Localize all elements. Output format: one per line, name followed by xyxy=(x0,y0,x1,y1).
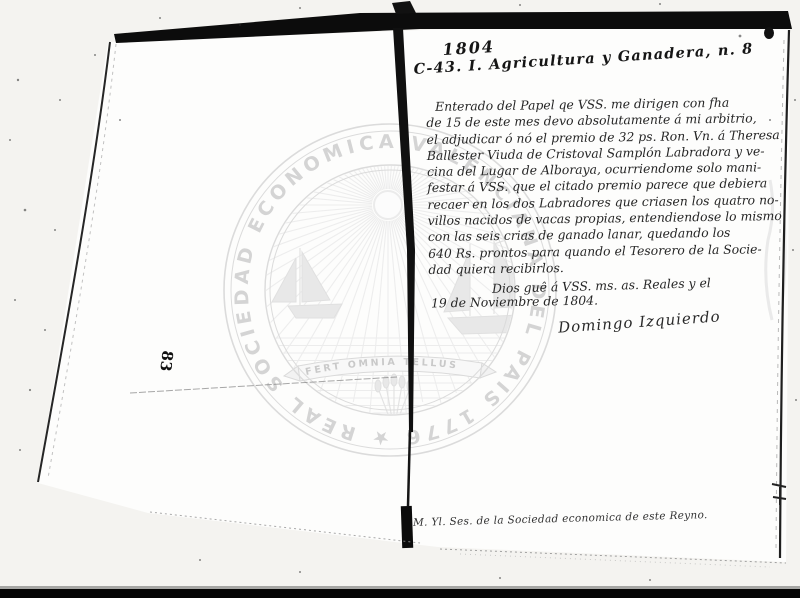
bottom-scan-strip-shadow xyxy=(0,586,800,589)
scan-canvas: FERT OMNIA TELLUS ★ REAL SOCIEDAD ECONOM… xyxy=(0,0,800,598)
sun-icon xyxy=(374,191,402,219)
letter-closing-date: 19 de Noviembre de 1804. xyxy=(431,293,598,311)
page-number-mark: 83 xyxy=(156,350,176,373)
bottom-scan-strip xyxy=(0,589,800,598)
scanned-document: { "header": { "year": "1804", "classific… xyxy=(0,0,800,598)
letter-body: Enterado del Papel qe VSS. me dirigen co… xyxy=(426,94,780,278)
